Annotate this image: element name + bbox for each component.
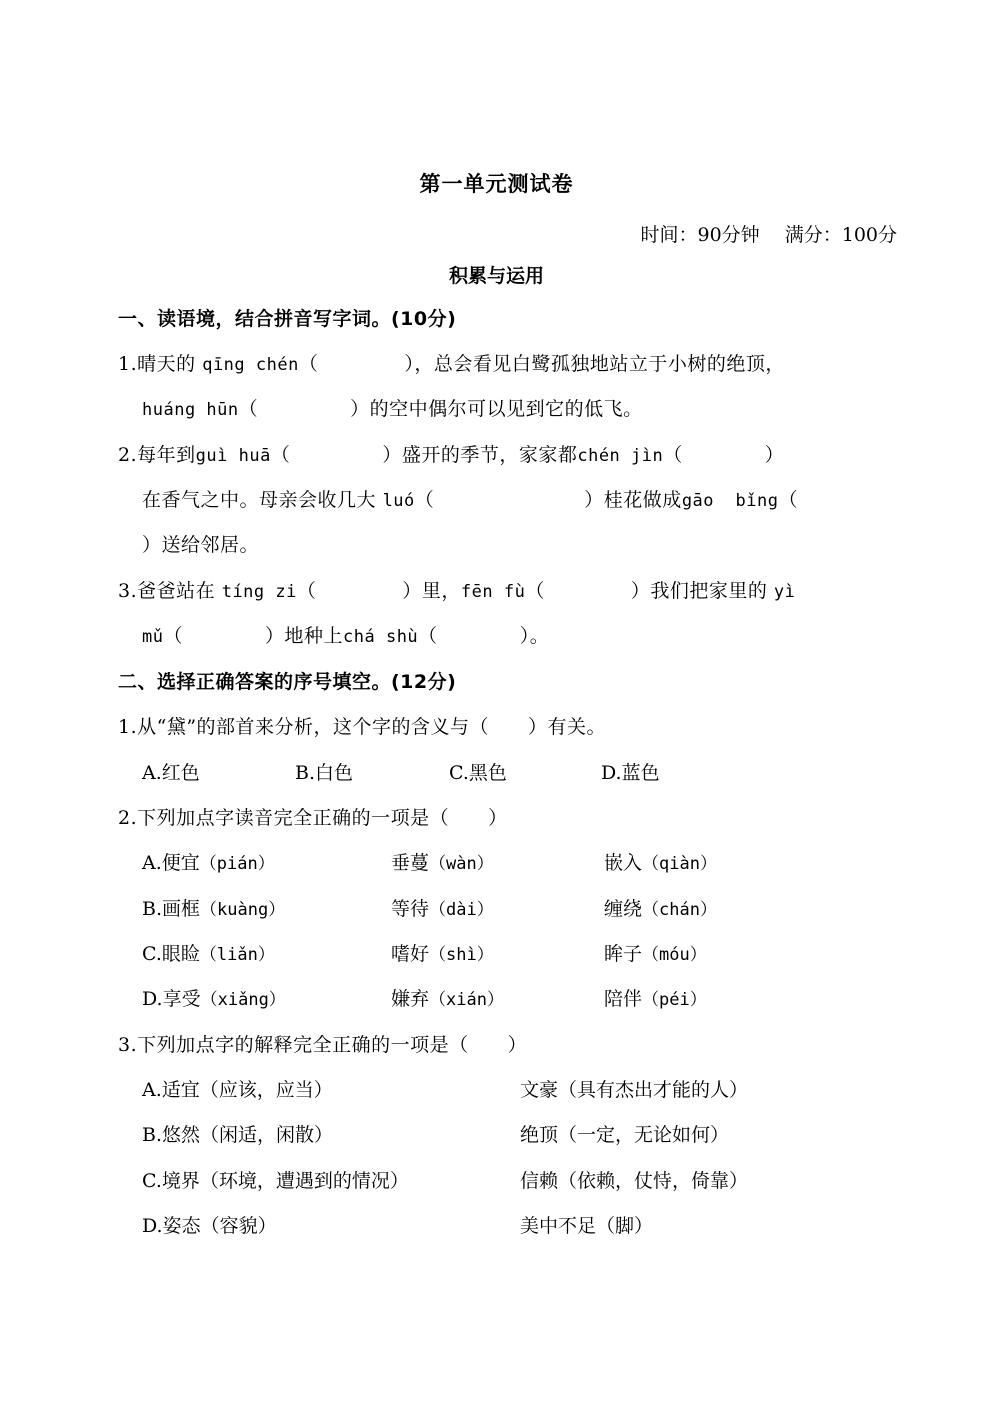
pinyin: luó (383, 491, 415, 511)
s2-q2-stem: 2.下列加点字读音完全正确的一项是（ ） (118, 806, 508, 830)
exam-title: 第一单元测试卷 (0, 168, 993, 198)
exam-meta: 时间：90分钟 满分：100分 (640, 220, 897, 247)
s1-q2-line1: 2.每年到guì huā（）盛开的季节，家家都chén jìn（） (118, 443, 784, 468)
s1-q3-line2: mǔ（）地种上chá shù（）。 (142, 624, 549, 649)
s1-q1-line1: 1.晴天的 qīng chén（），总会看见白鹭孤独地站立于小树的绝顶， (118, 352, 785, 377)
pinyin: mǔ (142, 627, 163, 647)
pinyin: fēn fù (461, 582, 525, 602)
s2-q1-option-c[interactable]: C.黑色 (449, 761, 507, 785)
s2-q1-stem: 1.从“黛”的部首来分析，这个字的含义与（ ）有关。 (118, 715, 606, 739)
s2-q2-option-b[interactable]: B.画框（kuàng） (142, 897, 285, 922)
pinyin: chá shù (343, 627, 418, 647)
section-1-heading: 一、读语境，结合拼音写字词。(10分) (118, 307, 456, 331)
s2-q1-option-b[interactable]: B.白色 (295, 761, 353, 785)
s1-q2-line3: ）送给邻居。 (142, 533, 259, 557)
s2-q1-option-a[interactable]: A.红色 (142, 761, 200, 785)
section-2-heading: 二、选择正确答案的序号填空。(12分) (118, 670, 456, 694)
s2-q3-b-item2: 绝顶（一定，无论如何） (520, 1123, 729, 1147)
s2-q2-d-item2: 嫌弃（xián） (391, 987, 504, 1012)
s1-q2-line2: 在香气之中。母亲会收几大 luó（）桂花做成gāo bǐng（ (142, 488, 798, 513)
pinyin: huáng hūn (142, 400, 239, 420)
s2-q2-option-c[interactable]: C.眼睑（liǎn） (142, 942, 275, 967)
s2-q2-c-item2: 嗜好（shì） (391, 942, 494, 967)
s2-q2-option-a[interactable]: A.便宜（pián） (142, 851, 275, 876)
score-label: 满分： (785, 224, 842, 246)
s2-q3-option-b[interactable]: B.悠然（闲适，闲散） (142, 1123, 333, 1147)
s2-q3-option-a[interactable]: A.适宜（应该，应当） (142, 1078, 333, 1102)
s2-q3-stem: 3.下列加点字的解释完全正确的一项是（ ） (118, 1033, 527, 1057)
pinyin: qīng chén (202, 355, 299, 375)
exam-page: 第一单元测试卷 时间：90分钟 满分：100分 积累与运用 一、读语境，结合拼音… (0, 0, 993, 1404)
s2-q2-a-item3: 嵌入（qiàn） (604, 851, 717, 876)
s2-q2-b-item2: 等待（dài） (391, 897, 494, 922)
s2-q1-option-d[interactable]: D.蓝色 (601, 761, 660, 785)
score-value: 100分 (842, 224, 897, 246)
s2-q3-a-item2: 文豪（具有杰出才能的人） (520, 1078, 748, 1102)
pinyin: yì (774, 582, 795, 602)
s2-q3-d-item2: 美中不足（脚） (520, 1214, 653, 1238)
time-label: 时间： (640, 224, 697, 246)
s1-q3-line1: 3.爸爸站在 tíng zi（）里，fēn fù（）我们把家里的 yì (118, 579, 795, 604)
s2-q3-option-c[interactable]: C.境界（环境，遭遇到的情况） (142, 1169, 409, 1193)
s2-q2-b-item3: 缠绕（chán） (604, 897, 717, 922)
pinyin: guì huā (196, 446, 271, 466)
part-title: 积累与运用 (0, 261, 993, 288)
pinyin: gāo bǐng (682, 491, 779, 511)
pinyin: tíng zi (222, 582, 297, 602)
s2-q2-a-item2: 垂蔓（wàn） (391, 851, 494, 876)
s2-q3-option-d[interactable]: D.姿态（容貌） (142, 1214, 277, 1238)
s2-q2-option-d[interactable]: D.享受（xiǎng） (142, 987, 286, 1012)
s1-q1-line2: huáng hūn（）的空中偶尔可以见到它的低飞。 (142, 397, 643, 422)
s2-q3-c-item2: 信赖（依赖，仗恃，倚靠） (520, 1169, 748, 1193)
s2-q2-d-item3: 陪伴（péi） (604, 987, 707, 1012)
s2-q2-c-item3: 眸子（móu） (604, 942, 707, 967)
pinyin: chén jìn (577, 446, 663, 466)
time-value: 90分钟 (697, 224, 759, 246)
